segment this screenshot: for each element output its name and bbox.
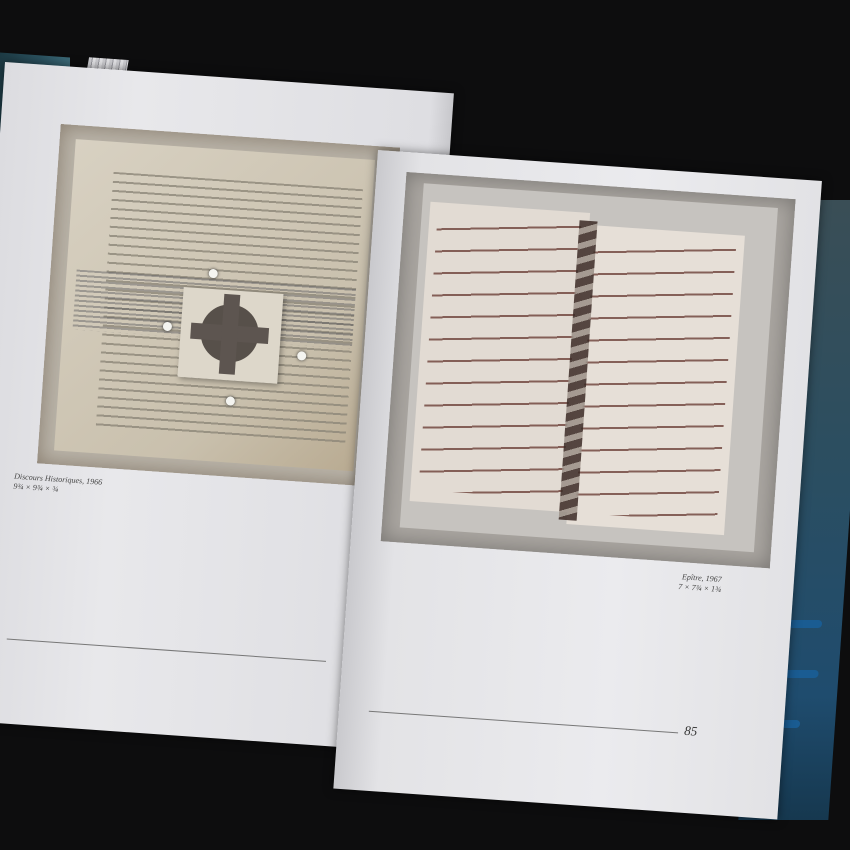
handwriting (575, 237, 736, 522)
caption-left: Discours Historiques, 1966 9¾ × 9¾ × ¾ (13, 472, 102, 498)
artwork-discours-historiques (37, 124, 400, 487)
right-page: Epître, 1967 7 × 7¾ × 1¾ 85 (333, 150, 822, 819)
page-number: 85 (684, 723, 698, 740)
caption-dimensions: 7 × 7¾ × 1¾ (678, 582, 721, 595)
footer-rule (7, 639, 326, 662)
handwriting (418, 214, 581, 499)
footer-rule (369, 711, 678, 734)
cross-drawing-card (177, 287, 283, 384)
printed-sheet (54, 139, 375, 471)
caption-right: Epître, 1967 7 × 7¾ × 1¾ (678, 572, 722, 595)
artwork-epitre (381, 172, 796, 568)
